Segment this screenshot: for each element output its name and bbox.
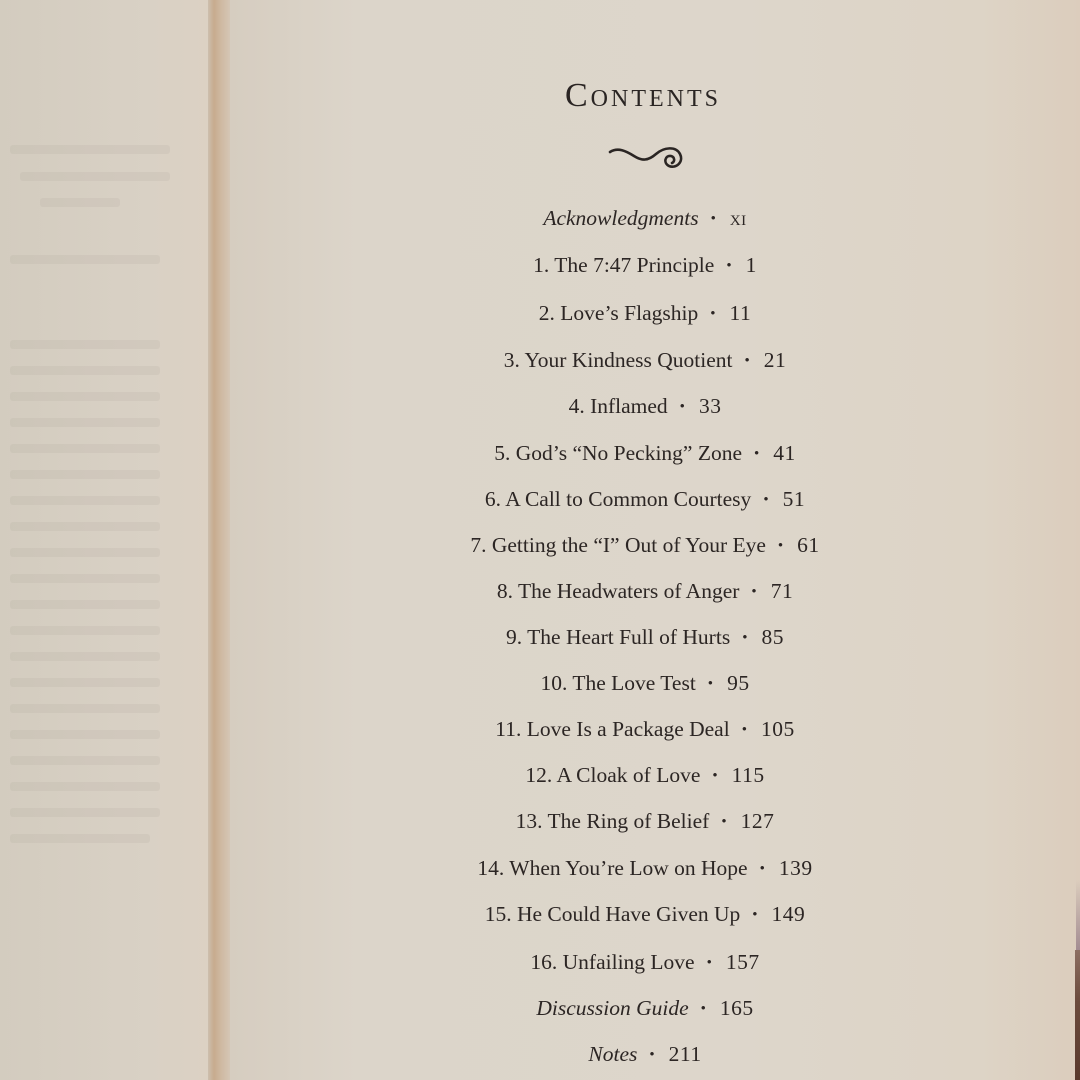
- toc-entry: Discussion Guide•165: [0, 994, 1080, 1025]
- bullet-separator-icon: •: [760, 855, 765, 883]
- toc-entry-title: The Heart Full of Hurts: [527, 625, 730, 649]
- page-number: 11: [730, 301, 752, 325]
- toc-entry: 13. The Ring of Belief•127: [0, 807, 1080, 838]
- bleed-through-text: [10, 704, 160, 713]
- toc-entry: 16. Unfailing Love•157: [0, 948, 1080, 979]
- bullet-separator-icon: •: [711, 205, 716, 233]
- page-number: 115: [732, 763, 765, 787]
- page-number: 149: [772, 902, 806, 926]
- chapter-number: 8.: [497, 579, 513, 603]
- toc-entry: Notes•211: [0, 1040, 1080, 1071]
- chapter-number: 2.: [539, 301, 555, 325]
- toc-entry-title: Getting the “I” Out of Your Eye: [492, 533, 766, 557]
- bleed-through-text: [20, 172, 170, 181]
- page-number: 41: [773, 441, 796, 465]
- chapter-number: 9.: [506, 625, 522, 649]
- bleed-through-text: [10, 522, 160, 531]
- toc-entry: 15. He Could Have Given Up•149: [0, 900, 1080, 931]
- page-number: 105: [761, 717, 795, 741]
- bullet-separator-icon: •: [712, 762, 717, 790]
- bullet-separator-icon: •: [707, 949, 712, 977]
- chapter-number: 11.: [495, 717, 521, 741]
- toc-entry: 10. The Love Test•95: [0, 669, 1080, 700]
- bullet-separator-icon: •: [751, 578, 756, 606]
- chapter-number: 12.: [525, 763, 552, 787]
- page-number: 61: [797, 533, 820, 557]
- toc-entry-title: God’s “No Pecking” Zone: [516, 441, 742, 465]
- bullet-separator-icon: •: [721, 808, 726, 836]
- bullet-separator-icon: •: [752, 901, 757, 929]
- bullet-separator-icon: •: [778, 532, 783, 560]
- page-title: Contents: [0, 77, 1080, 115]
- page-number: 33: [699, 394, 722, 418]
- chapter-number: 7.: [470, 533, 486, 557]
- chapter-number: 16.: [530, 950, 557, 974]
- bullet-separator-icon: •: [726, 252, 731, 280]
- chapter-number: 4.: [569, 394, 585, 418]
- toc-entry: 14. When You’re Low on Hope•139: [0, 854, 1080, 885]
- chapter-number: 3.: [504, 348, 520, 372]
- chapter-number: 14.: [477, 856, 504, 880]
- bullet-separator-icon: •: [680, 393, 685, 421]
- toc-entry-title: Love Is a Package Deal: [527, 717, 730, 741]
- toc-entry-title: A Call to Common Courtesy: [505, 487, 751, 511]
- toc-entry: 2. Love’s Flagship•11: [0, 299, 1080, 330]
- page-number: 1: [746, 253, 757, 277]
- bullet-separator-icon: •: [742, 624, 747, 652]
- toc-entry: 9. The Heart Full of Hurts•85: [0, 623, 1080, 654]
- page-number: 71: [771, 579, 794, 603]
- page-number: 211: [669, 1042, 702, 1066]
- bleed-through-text: [10, 470, 160, 479]
- chapter-number: 15.: [485, 902, 512, 926]
- toc-entry-title: The Love Test: [572, 671, 695, 695]
- bullet-separator-icon: •: [763, 486, 768, 514]
- bullet-separator-icon: •: [745, 347, 750, 375]
- bullet-separator-icon: •: [701, 995, 706, 1023]
- toc-entry-title: Love’s Flagship: [560, 301, 698, 325]
- page-number: 21: [764, 348, 787, 372]
- toc-entry-title: Notes: [588, 1042, 637, 1066]
- page-number: 157: [726, 950, 760, 974]
- chapter-number: 10.: [540, 671, 567, 695]
- toc-entry-title: He Could Have Given Up: [517, 902, 740, 926]
- toc-entry-title: When You’re Low on Hope: [509, 856, 747, 880]
- toc-entry: 3. Your Kindness Quotient•21: [0, 346, 1080, 377]
- chapter-number: 5.: [494, 441, 510, 465]
- toc-entry: 11. Love Is a Package Deal•105: [0, 715, 1080, 746]
- page-number: 139: [779, 856, 813, 880]
- toc-entry: 8. The Headwaters of Anger•71: [0, 577, 1080, 608]
- toc-entry: Acknowledgments•xi: [0, 204, 1080, 235]
- toc-entry-title: The Headwaters of Anger: [518, 579, 739, 603]
- toc-entry-title: The Ring of Belief: [548, 809, 710, 833]
- page-title-text: Contents: [565, 77, 721, 115]
- toc-entry-title: Your Kindness Quotient: [524, 348, 732, 372]
- toc-entry: 1. The 7:47 Principle•1: [0, 251, 1080, 282]
- toc-entry: 4. Inflamed•33: [0, 392, 1080, 423]
- toc-entry-title: Discussion Guide: [536, 996, 688, 1020]
- toc-entry: 6. A Call to Common Courtesy•51: [0, 485, 1080, 516]
- page-number: 127: [741, 809, 775, 833]
- bullet-separator-icon: •: [742, 716, 747, 744]
- page-number: 85: [761, 625, 784, 649]
- bullet-separator-icon: •: [649, 1041, 654, 1069]
- page-number: 165: [720, 996, 754, 1020]
- toc-entry: 5. God’s “No Pecking” Zone•41: [0, 439, 1080, 470]
- bleed-through-text: [10, 145, 170, 154]
- bullet-separator-icon: •: [754, 440, 759, 468]
- toc-entry: 12. A Cloak of Love•115: [0, 761, 1080, 792]
- chapter-number: 6.: [485, 487, 501, 511]
- chapter-number: 13.: [516, 809, 543, 833]
- chapter-number: 1.: [533, 253, 549, 277]
- bullet-separator-icon: •: [708, 670, 713, 698]
- toc-entry: 7. Getting the “I” Out of Your Eye•61: [0, 531, 1080, 562]
- bullet-separator-icon: •: [710, 300, 715, 328]
- toc-entry-title: Inflamed: [590, 394, 668, 418]
- toc-entry-title: Acknowledgments: [543, 206, 698, 230]
- page-number: 95: [727, 671, 750, 695]
- toc-entry-title: Unfailing Love: [563, 950, 695, 974]
- toc-entry-title: The 7:47 Principle: [554, 253, 714, 277]
- flourish-icon: [606, 141, 686, 175]
- page-number: 51: [783, 487, 806, 511]
- toc-entry-title: A Cloak of Love: [556, 763, 700, 787]
- page-number: xi: [730, 206, 747, 230]
